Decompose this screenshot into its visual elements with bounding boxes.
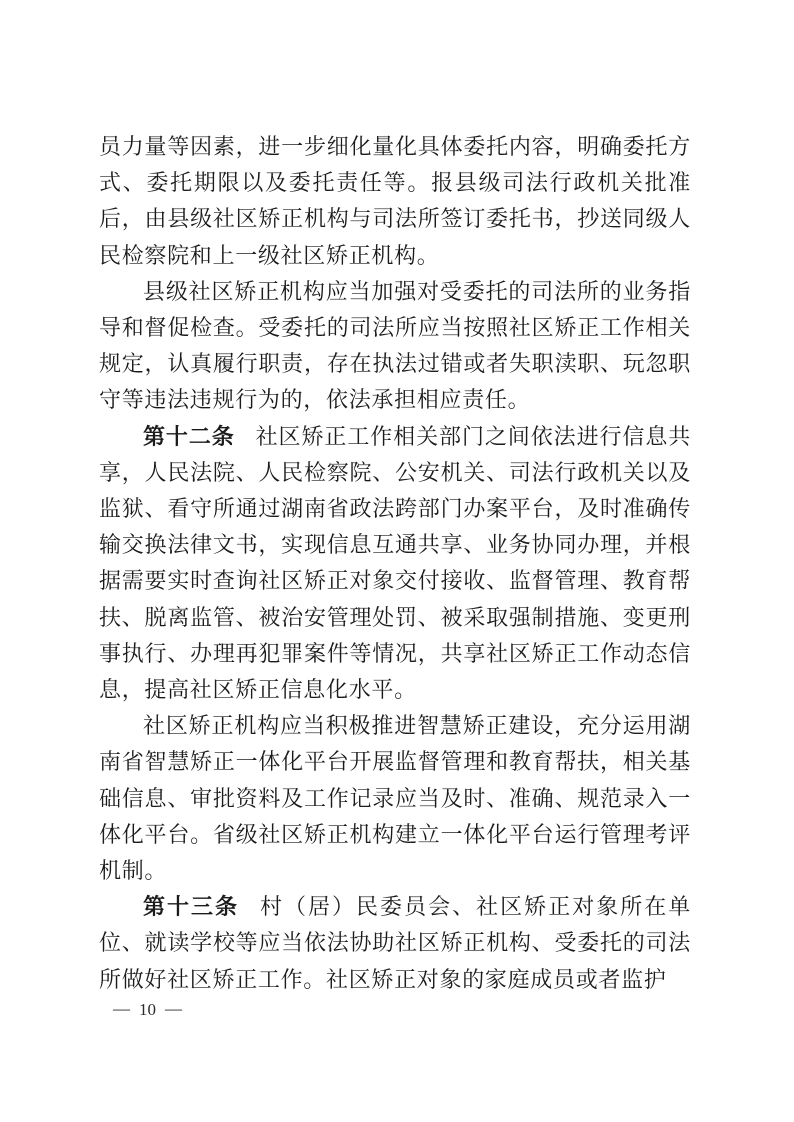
paragraph: 第十二条社区矫正工作相关部门之间依法进行信息共享，人民法院、人民检察院、公安机关… bbox=[99, 419, 691, 709]
footer-dash-left: — bbox=[113, 999, 130, 1018]
document-page: 员力量等因素，进一步细化量化具体委托内容，明确委托方式、委托期限以及委托责任等。… bbox=[0, 0, 794, 1122]
paragraph: 第十三条村（居）民委员会、社区矫正对象所在单位、就读学校等应当依法协助社区矫正机… bbox=[99, 889, 691, 998]
paragraph: 县级社区矫正机构应当加强对受委托的司法所的业务指导和督促检查。受委托的司法所应当… bbox=[99, 274, 691, 419]
footer-dash-right: — bbox=[165, 999, 182, 1018]
page-footer: —10— bbox=[113, 1000, 182, 1020]
paragraph: 员力量等因素，进一步细化量化具体委托内容，明确委托方式、委托期限以及委托责任等。… bbox=[99, 129, 691, 274]
article-number: 第十三条 bbox=[143, 894, 239, 919]
document-body: 员力量等因素，进一步细化量化具体委托内容，明确委托方式、委托期限以及委托责任等。… bbox=[99, 129, 691, 998]
page-number: 10 bbox=[139, 1000, 156, 1019]
article-number: 第十二条 bbox=[143, 424, 235, 449]
paragraph: 社区矫正机构应当积极推进智慧矫正建设，充分运用湖南省智慧矫正一体化平台开展监督管… bbox=[99, 708, 691, 889]
